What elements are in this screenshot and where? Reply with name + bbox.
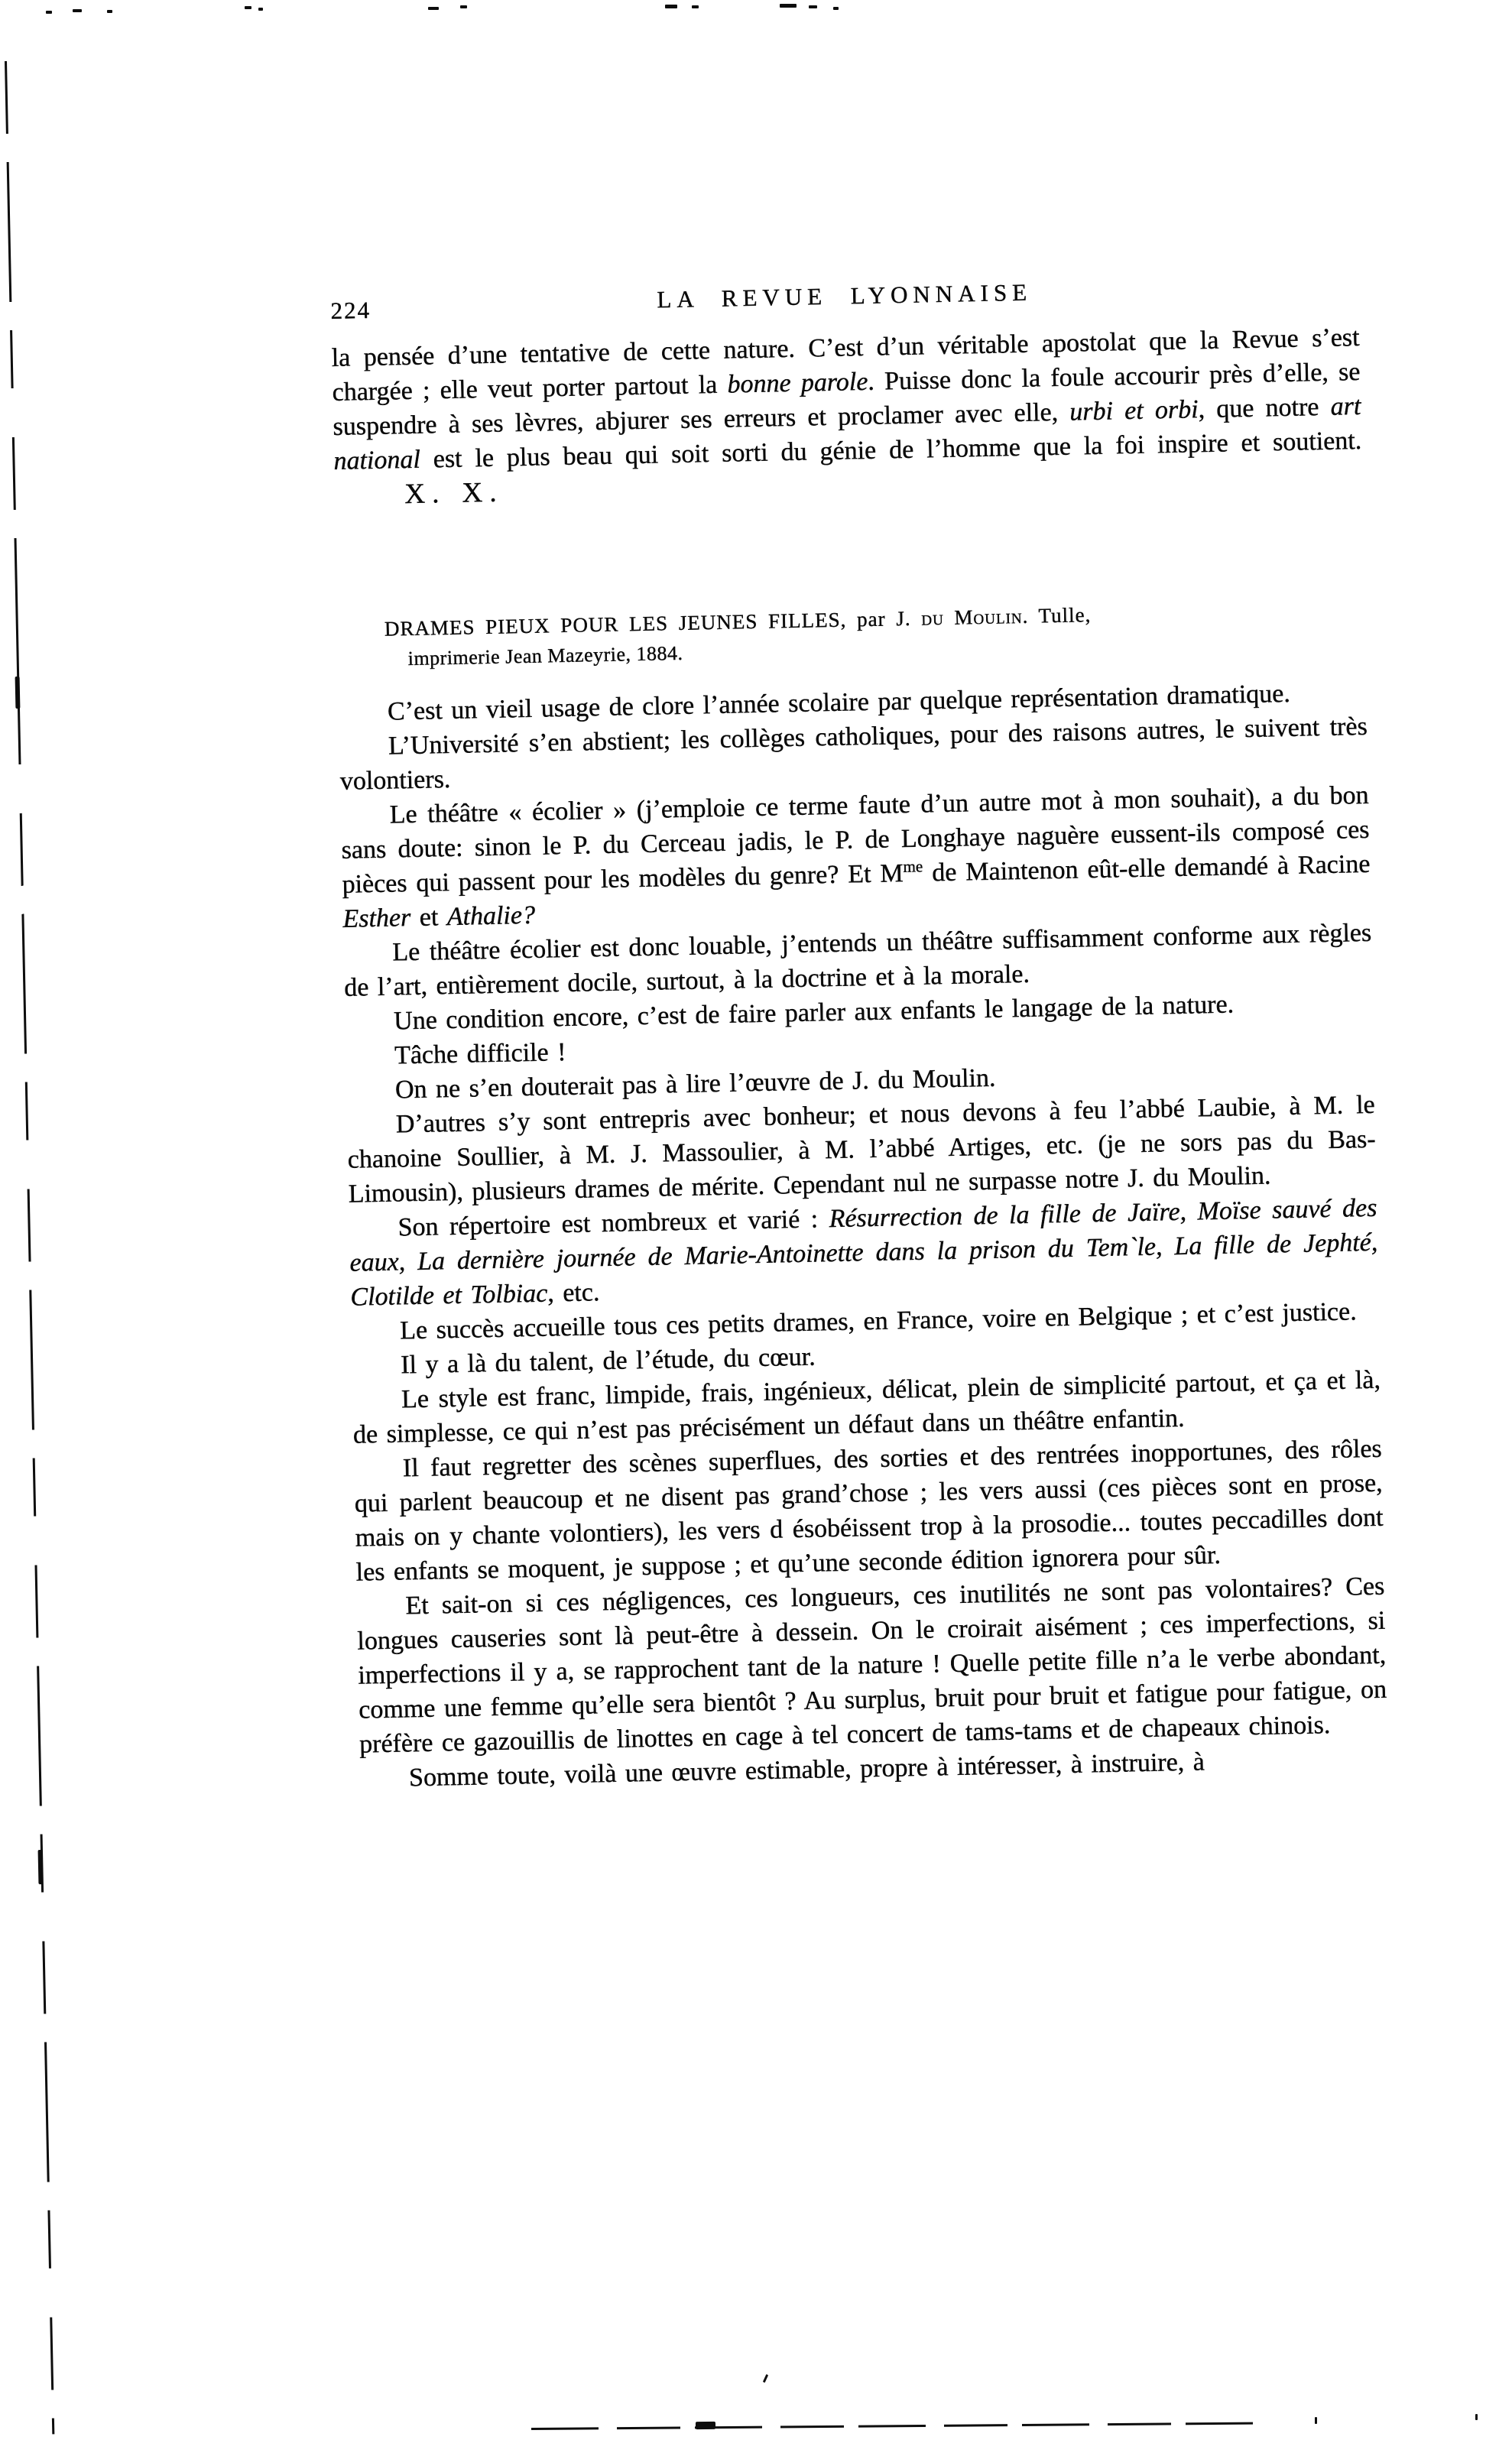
i-text-segment: Esther <box>342 904 411 933</box>
scan-artifact-ink-blob <box>15 677 21 709</box>
i-text-segment: urbi et orbi <box>1069 395 1199 426</box>
scan-artifact-ink-blob <box>38 1850 44 1884</box>
scan-speck <box>46 11 52 14</box>
scan-speck <box>1315 2417 1317 2424</box>
page-content: 224 LA REVUE LYONNAISE la pensée d’une t… <box>330 270 1388 1796</box>
closing-article-paragraph: la pensée d’une tentative de cette natur… <box>331 320 1362 514</box>
text-segment: Il faut regretter des scènes superflues,… <box>354 1435 1383 1587</box>
running-header: 224 LA REVUE LYONNAISE <box>330 270 1359 326</box>
scan-artifact-bottom-edge <box>531 2422 1269 2430</box>
text-segment: D’autres s’y sont entrepris avec bonheur… <box>347 1091 1375 1209</box>
i-text-segment: Athalie? <box>446 901 535 931</box>
author-signature: X. X. <box>404 475 504 512</box>
text-segment: Son répertoire est nombreux et varié : <box>397 1205 829 1241</box>
review-paragraph: Et sait-on si ces négligences, ces longu… <box>356 1569 1387 1762</box>
scan-speck <box>460 5 467 8</box>
scan-speck <box>258 8 263 11</box>
review-paragraph: Son répertoire est nombreux et varié : R… <box>349 1191 1378 1315</box>
closing-article-text: la pensée d’une tentative de cette natur… <box>331 323 1361 475</box>
text-segment: , que notre <box>1198 393 1331 423</box>
scan-speck <box>107 10 112 13</box>
scan-speck <box>763 2374 768 2383</box>
review-paragraph: Il faut regretter des scènes superflues,… <box>354 1432 1384 1590</box>
text-segment: et <box>410 903 447 932</box>
text-segment: . Tulle, <box>1022 603 1091 628</box>
text-segment: Et sait-on si ces négligences, ces longu… <box>357 1572 1387 1759</box>
journal-title: LA REVUE LYONNAISE <box>330 270 1359 323</box>
review-body: C’est un vieil usage de clore l’année sc… <box>339 675 1389 1796</box>
scan-speck <box>809 5 817 8</box>
scan-speck <box>665 5 677 8</box>
text-segment: de Maintenon eût-elle demandé à Racine <box>923 850 1371 887</box>
i-text-segment: bonne parole <box>727 368 868 399</box>
text-segment: Il y a là du talent, de l’étude, du cœur… <box>401 1343 816 1380</box>
scan-speck <box>73 9 82 12</box>
scan-speck <box>245 6 251 9</box>
text-segment: Tâche difficile ! <box>394 1038 566 1069</box>
scan-artifact-binding-line <box>5 61 54 2434</box>
scan-speck <box>428 7 439 10</box>
review-paragraph: D’autres s’y sont entrepris avec bonheur… <box>346 1088 1376 1212</box>
scan-speck <box>692 5 699 8</box>
scan-speck <box>1475 2414 1478 2420</box>
sup-text-segment: me <box>903 857 923 876</box>
scan-speck <box>833 7 839 10</box>
scanned-page: 224 LA REVUE LYONNAISE la pensée d’une t… <box>0 0 1512 2440</box>
text-segment: , etc. <box>547 1278 600 1307</box>
sc-text-segment: du Moulin <box>921 605 1023 630</box>
scan-artifact-ink-blob <box>696 2422 715 2429</box>
scan-speck <box>780 4 797 8</box>
review-paragraph: Le théâtre « écolier » (j’emploie ce ter… <box>340 778 1371 936</box>
